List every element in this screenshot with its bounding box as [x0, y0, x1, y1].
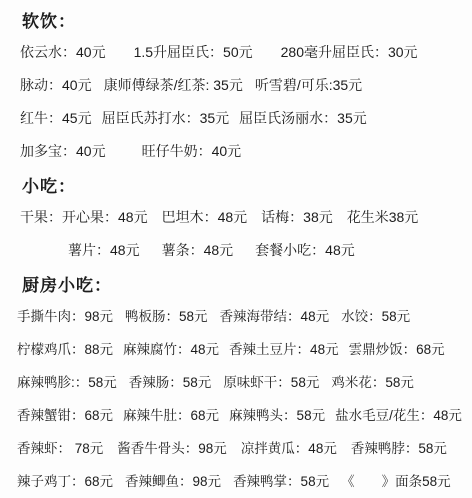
menu-item: 香辣鸭脖：58元: [351, 441, 447, 456]
menu-item: 水饺：58元: [341, 309, 410, 324]
section-body: 依云水：40元1.5升屈臣氏：50元280毫升屈臣氏：30元脉动：40元康师傅绿…: [0, 45, 472, 159]
menu-row: 脉动：40元康师傅绿茶/红茶: 35元听雪碧/可乐:35元: [20, 78, 472, 93]
menu-row: 柠檬鸡爪：88元麻辣腐竹：48元香辣土豆片：48元雲鼎炒饭：68元: [17, 342, 472, 357]
menu-item: 花生米38元: [347, 210, 419, 225]
menu-item: 麻辣鸭头：58元: [229, 408, 325, 423]
menu-row: 依云水：40元1.5升屈臣氏：50元280毫升屈臣氏：30元: [20, 45, 472, 60]
menu-row: 香辣虾： 78元酱香牛骨头：98元凉拌黄瓜：48元香辣鸭脖：58元: [17, 441, 472, 456]
menu-item: 鸭板肠：58元: [125, 309, 208, 324]
section-title: 小吃：: [22, 177, 472, 197]
menu-item: 套餐小吃：48元: [255, 243, 355, 258]
section-body: 干果：开心果：48元巴坦木：48元话梅：38元花生米38元薯片：48元薯条：48…: [0, 210, 472, 258]
menu-item: 红牛：45元: [20, 111, 92, 126]
menu-item: 话梅：38元: [261, 210, 333, 225]
menu-item: 麻辣腐竹：48元: [123, 342, 219, 357]
menu-item: 屈臣氏汤丽水：35元: [239, 111, 367, 126]
menu-item: 香辣肠：58元: [129, 375, 212, 390]
menu-item: 脉动：40元: [20, 78, 92, 93]
menu-row: 干果：开心果：48元巴坦木：48元话梅：38元花生米38元: [20, 210, 472, 225]
menu-item: 麻辣牛肚：68元: [123, 408, 219, 423]
menu-item: 1.5升屈臣氏：50元: [134, 45, 253, 60]
menu-item: 康师傅绿茶/红茶: 35元: [104, 78, 243, 93]
menu-item: 香辣蟹钳：68元: [17, 408, 113, 423]
menu-item: 旺仔牛奶：40元: [142, 144, 242, 159]
menu-row: 手撕牛肉：98元鸭板肠：58元香辣海带结：48元水饺：58元: [17, 309, 472, 324]
menu-item: 香辣海带结：48元: [220, 309, 330, 324]
menu-row: 辣子鸡丁：68元香辣鲫鱼：98元香辣鸭掌：58元《 》面条58元: [17, 474, 472, 489]
menu-item: 听雪碧/可乐:35元: [255, 78, 362, 93]
menu-item: 辣子鸡丁：68元: [17, 474, 113, 489]
menu-item: 鸡米花：58元: [331, 375, 414, 390]
menu-item: 巴坦木：48元: [162, 210, 248, 225]
menu-item: 盐水毛豆/花生：48元: [335, 408, 462, 423]
menu-item: 凉拌黄瓜：48元: [241, 441, 337, 456]
menu-item: 酱香牛骨头：98元: [117, 441, 227, 456]
menu-row: 薯片：48元薯条：48元套餐小吃：48元: [68, 243, 472, 258]
menu-item: 香辣鸭掌：58元: [233, 474, 329, 489]
menu-item: 麻辣鸭胗:：58元: [17, 375, 117, 390]
menu-item: 香辣虾： 78元: [17, 441, 103, 456]
menu-item: 手撕牛肉：98元: [17, 309, 113, 324]
menu-row: 麻辣鸭胗:：58元香辣肠：58元原味虾干：58元鸡米花：58元: [17, 375, 472, 390]
section-body: 手撕牛肉：98元鸭板肠：58元香辣海带结：48元水饺：58元柠檬鸡爪：88元麻辣…: [0, 309, 472, 489]
menu: 软饮：依云水：40元1.5升屈臣氏：50元280毫升屈臣氏：30元脉动：40元康…: [0, 0, 472, 489]
menu-item: 《 》面条58元: [341, 474, 451, 489]
menu-row: 加多宝：40元旺仔牛奶：40元: [20, 144, 472, 159]
menu-item: 香辣鲫鱼：98元: [125, 474, 221, 489]
section-title: 厨房小吃：: [22, 276, 472, 296]
menu-item: 雲鼎炒饭：68元: [349, 342, 445, 357]
menu-item: 加多宝：40元: [20, 144, 106, 159]
section-title: 软饮：: [22, 12, 472, 32]
menu-item: 香辣土豆片：48元: [229, 342, 339, 357]
menu-item: 薯条：48元: [162, 243, 234, 258]
menu-item: 屈臣氏苏打水：35元: [102, 111, 230, 126]
menu-item: 柠檬鸡爪：88元: [17, 342, 113, 357]
menu-row: 红牛：45元屈臣氏苏打水：35元屈臣氏汤丽水：35元: [20, 111, 472, 126]
menu-row: 香辣蟹钳：68元麻辣牛肚：68元麻辣鸭头：58元盐水毛豆/花生：48元: [17, 408, 472, 423]
menu-item: 薯片：48元: [68, 243, 140, 258]
menu-item: 干果：开心果：48元: [20, 210, 148, 225]
menu-item: 依云水：40元: [20, 45, 106, 60]
menu-item: 原味虾干：58元: [223, 375, 319, 390]
menu-item: 280毫升屈臣氏：30元: [281, 45, 418, 60]
